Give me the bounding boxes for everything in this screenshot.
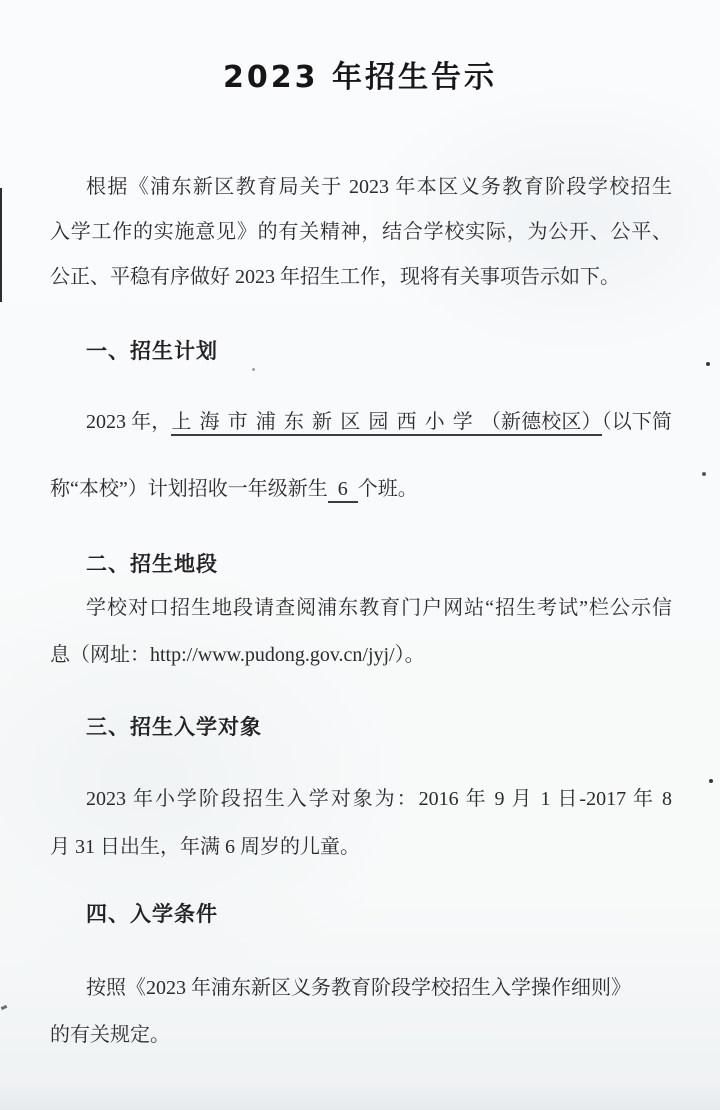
scan-shadow-bottom: [0, 1082, 720, 1110]
enrollment-plan-line-1: 2023 年，上海市浦东新区园西小学（新德校区）（以下简: [50, 400, 672, 445]
scan-artifact-dot: [706, 362, 710, 366]
intro-line-2: 入学工作的实施意见》的有关精神，结合学校实际，为公开、公平、: [50, 210, 672, 255]
conditions-line-2: 的有关规定。: [50, 1012, 672, 1059]
scanned-document-page: 2023 年招生告示 根据《浦东新区教育局关于 2023 年本区义务教育阶段学校…: [0, 0, 720, 1110]
section-heading-enrollment-area: 二、招生地段: [86, 548, 218, 578]
plan-line2-suffix: 个班。: [358, 478, 418, 500]
area-line-2: 息（网址：http://www.pudong.gov.cn/jyj/）。: [50, 632, 672, 679]
section-heading-admission-conditions: 四、入学条件: [86, 898, 218, 928]
enrollment-area-paragraph: 学校对口招生地段请查阅浦东教育门户网站“招生考试”栏公示信 息（网址：http:…: [50, 585, 672, 679]
school-name-underlined: 上海市浦东新区园西小学: [171, 411, 480, 436]
scan-artifact-left-edge-line: [0, 188, 2, 302]
conditions-line-1: 按照《2023 年浦东新区义务教育阶段学校招生入学操作细则》: [50, 965, 672, 1012]
target-line-1: 2023 年小学阶段招生入学对象为：2016 年 9 月 1 日-2017 年 …: [50, 775, 672, 823]
scan-artifact-dash: [1, 1005, 8, 1010]
section-heading-enrollment-plan: 一、招生计划: [86, 335, 218, 365]
intro-paragraph: 根据《浦东新区教育局关于 2023 年本区义务教育阶段学校招生 入学工作的实施意…: [50, 165, 672, 300]
enrollment-plan-line-2: 称“本校”）计划招收一年级新生6个班。: [50, 467, 672, 512]
plan-line1-suffix: （以下简: [602, 411, 672, 433]
document-title: 2023 年招生告示: [0, 52, 720, 96]
class-count-underlined: 6: [328, 478, 358, 503]
campus-name-underlined: （新德校区）: [481, 411, 602, 436]
plan-line2-prefix: 称“本校”）计划招收一年级新生: [50, 478, 328, 500]
section-heading-target-students: 三、招生入学对象: [86, 711, 262, 741]
plan-line1-prefix: 2023 年，: [86, 411, 171, 433]
intro-line-1: 根据《浦东新区教育局关于 2023 年本区义务教育阶段学校招生: [50, 165, 672, 210]
admission-conditions-paragraph: 按照《2023 年浦东新区义务教育阶段学校招生入学操作细则》 的有关规定。: [50, 965, 672, 1059]
scan-artifact-dot: [702, 472, 706, 476]
intro-line-3: 公正、平稳有序做好 2023 年招生工作，现将有关事项告示如下。: [50, 255, 672, 300]
area-line-1: 学校对口招生地段请查阅浦东教育门户网站“招生考试”栏公示信: [50, 585, 672, 632]
target-students-paragraph: 2023 年小学阶段招生入学对象为：2016 年 9 月 1 日-2017 年 …: [50, 775, 672, 871]
scan-artifact-speck: [252, 368, 255, 371]
target-line-2: 月 31 日出生，年满 6 周岁的儿童。: [50, 823, 672, 871]
scan-artifact-dot: [709, 779, 713, 783]
